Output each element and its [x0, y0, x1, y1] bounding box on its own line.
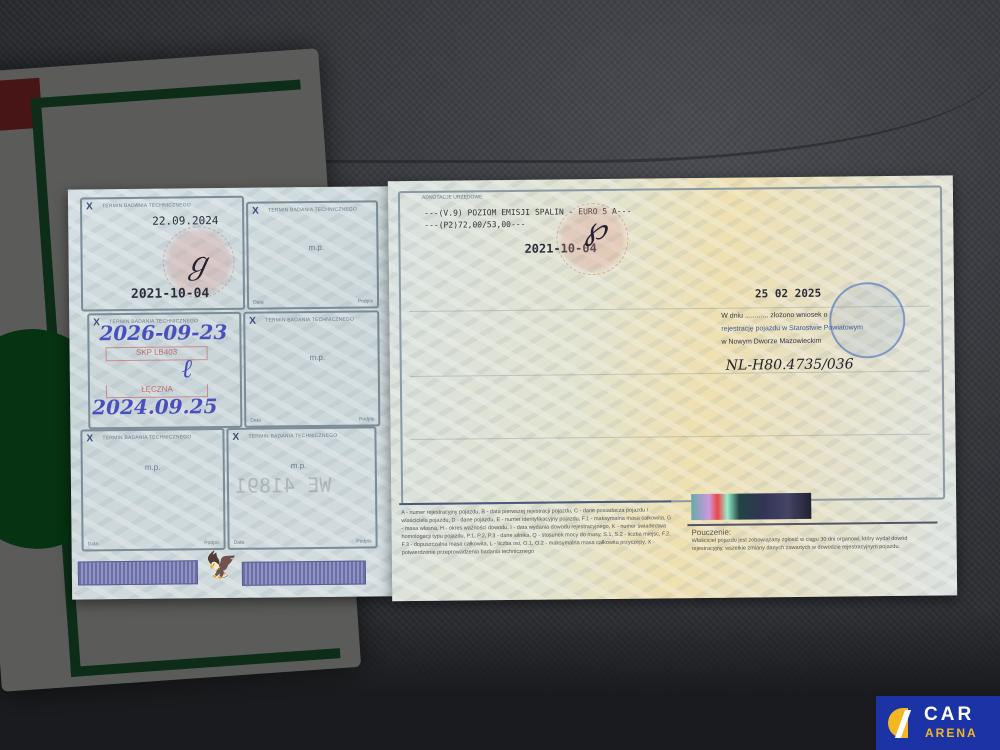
- field-legend: A - numer rejestracyjny pojazdu, B - dat…: [401, 506, 671, 557]
- section-label: Adnotacje urzędowe: [422, 194, 483, 201]
- cell-header: Termin badania technicznego: [265, 317, 354, 324]
- data-label: Data: [88, 541, 99, 547]
- car-arena-logo: CAR ARENA: [876, 696, 1000, 750]
- registration-note: W dniu ............ złożono wniosek o re…: [721, 308, 863, 348]
- show-through-stamp: WE 41891: [235, 473, 332, 498]
- polish-eagle-emblem: 🦅: [206, 550, 239, 581]
- security-band-left: [78, 560, 198, 585]
- podpis-label: Podpis: [356, 538, 371, 544]
- inspection-cell-6: X Termin badania technicznego m.p. WE 41…: [226, 426, 377, 550]
- cell-header: Termin badania technicznego: [102, 202, 191, 209]
- podpis-label: Podpis: [358, 298, 373, 304]
- left-page: X Termin badania technicznego 22.09.2024…: [68, 186, 392, 599]
- x-mark: X: [252, 206, 259, 217]
- x-mark: X: [249, 316, 256, 327]
- x-mark: X: [86, 433, 93, 444]
- received-date-stamp: 25 02 2025: [755, 287, 821, 301]
- inspection-date: 22.09.2024: [152, 214, 218, 228]
- signature: ℘: [584, 209, 607, 247]
- data-label: Data: [253, 300, 264, 306]
- notice: Pouczenie: Właściciel pojazdu jest zobow…: [691, 526, 931, 554]
- logo-text-arena: ARENA: [925, 726, 978, 740]
- mp-label: m.p.: [145, 463, 161, 472]
- signature: ℊ: [182, 238, 212, 282]
- note-line: rejestrację pojazdu w Starostwie Powiato…: [721, 321, 863, 335]
- x-mark: X: [232, 432, 239, 443]
- right-page: Adnotacje urzędowe ---(V.9) POZIOM EMISJ…: [388, 175, 957, 601]
- handwritten-next-inspection: 2026-09-23: [99, 320, 227, 345]
- data-label: Data: [250, 418, 261, 424]
- handwritten-reference: NL-H80.4735/036: [726, 356, 854, 373]
- inspection-cell-3: X Termin badania technicznego 2026-09-23…: [87, 312, 242, 430]
- mp-label: m.p.: [308, 243, 324, 252]
- x-mark: X: [86, 201, 93, 212]
- hologram-sticker: [691, 493, 811, 520]
- handwritten-signature: ℓ: [182, 354, 193, 384]
- inspection-cell-5: X Termin badania technicznego m.p. Data …: [80, 428, 225, 552]
- notice-text: Właściciel pojazdu jest zobowiązany zgło…: [692, 535, 932, 554]
- mp-label: m.p.: [310, 353, 326, 362]
- car-arena-mark-icon: [888, 708, 912, 738]
- station-code: SKP LB403: [136, 347, 177, 356]
- cell-header: Termin badania technicznego: [248, 433, 337, 440]
- inspection-cell-1: X Termin badania technicznego 22.09.2024…: [80, 196, 245, 312]
- inspection-cell-4: X Termin badania technicznego m.p. Data …: [243, 310, 380, 427]
- note-line: w Nowym Dworze Mazowieckim: [721, 334, 863, 348]
- handwritten-inspection-date: 2024.09.25: [92, 394, 218, 419]
- registration-document: X Termin badania technicznego 22.09.2024…: [68, 175, 952, 604]
- engine-power-line: ---(P2)72,00/53,00---: [424, 220, 525, 230]
- station-city: ŁĘCZNA: [141, 385, 173, 394]
- logo-text-car: CAR: [924, 704, 974, 726]
- data-label: Data: [234, 540, 245, 546]
- cell-header: Termin badania technicznego: [268, 207, 357, 214]
- podpis-label: Podpis: [204, 540, 219, 546]
- stamp-date: 2021-10-04: [131, 286, 209, 302]
- security-band-right: [242, 561, 366, 586]
- cell-header: Termin badania technicznego: [102, 434, 191, 441]
- mp-label: m.p.: [291, 461, 307, 470]
- podpis-label: Podpis: [359, 416, 374, 422]
- inspection-cell-2: X Termin badania technicznego m.p. Data …: [246, 200, 379, 309]
